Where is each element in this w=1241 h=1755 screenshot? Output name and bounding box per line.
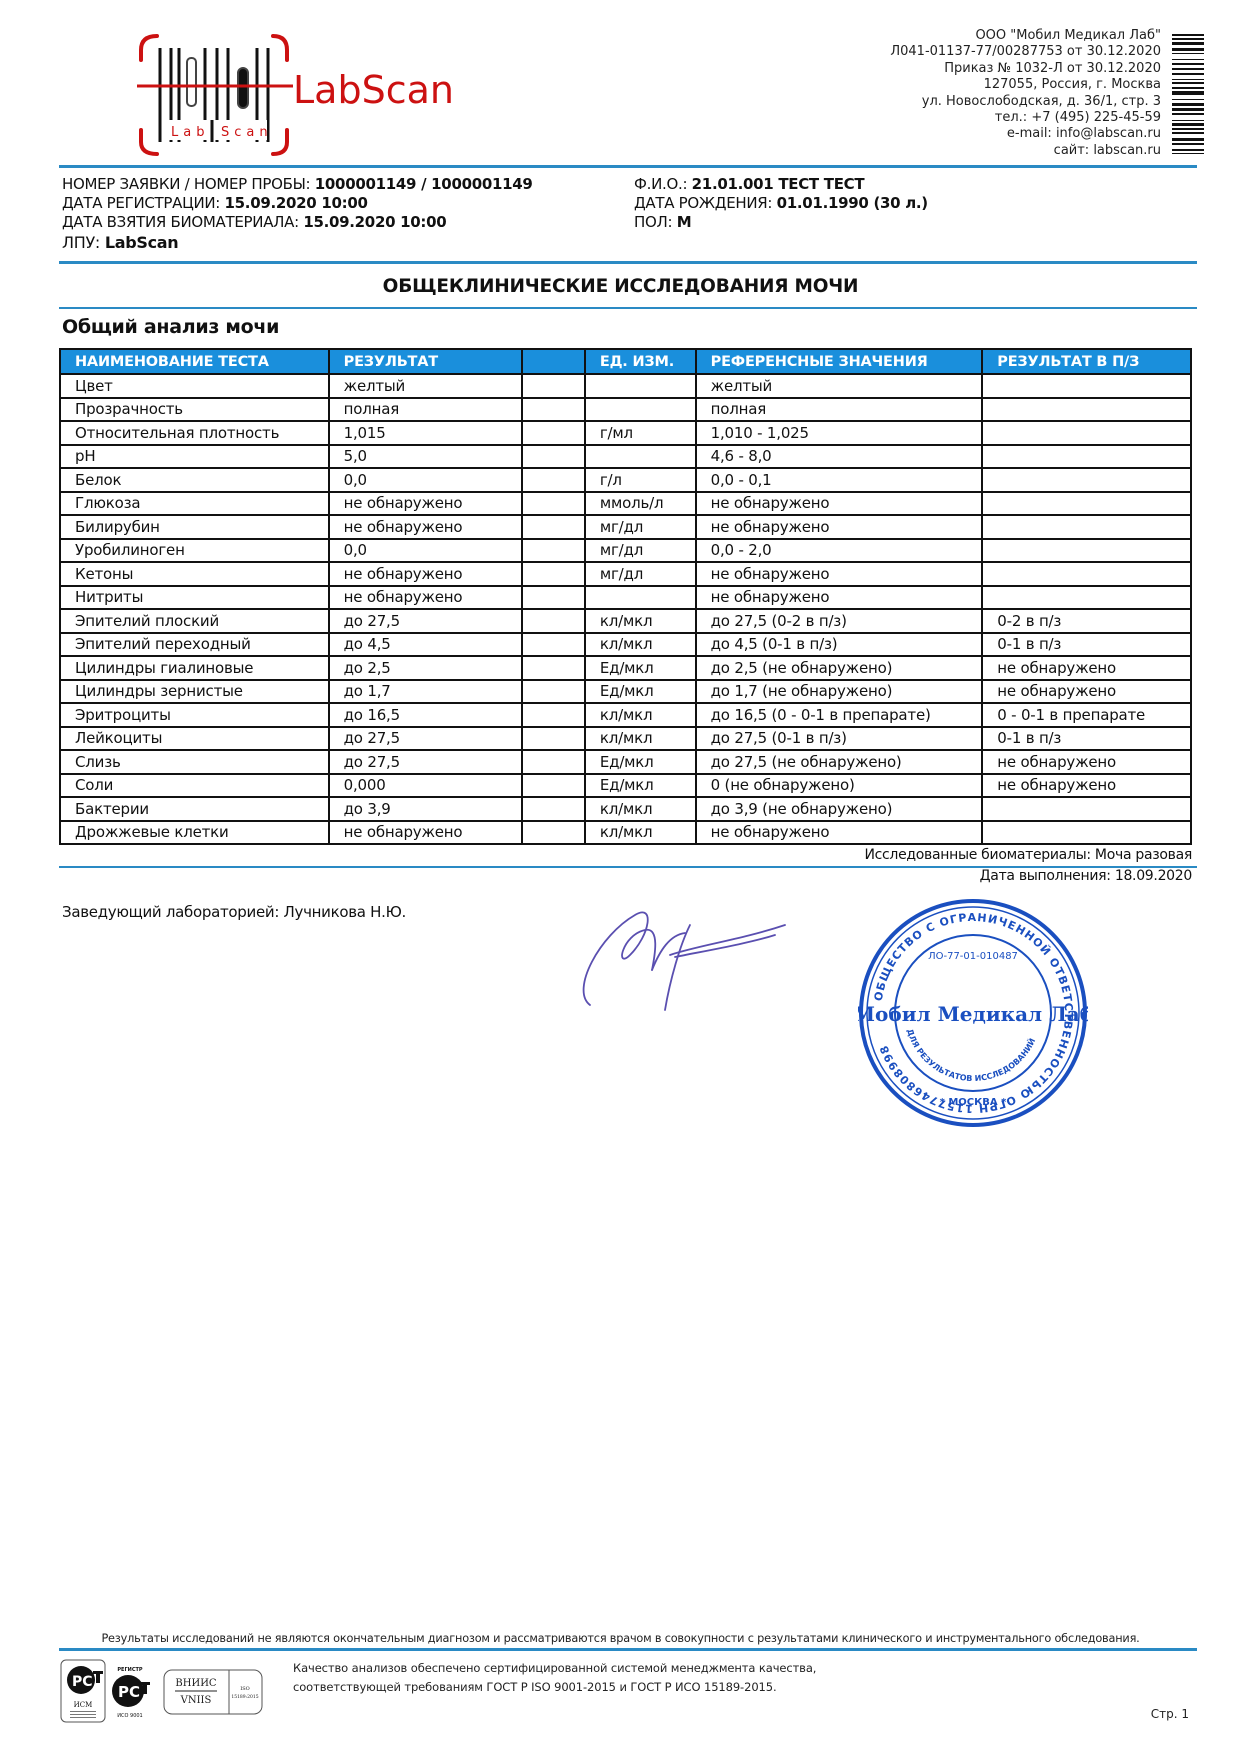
test-unit: кл/мкл (585, 821, 696, 845)
table-row: Нитритыне обнаруженоне обнаружено (60, 586, 1191, 610)
test-name: pH (60, 445, 329, 469)
test-result: полная (329, 398, 523, 422)
result-per-field (982, 398, 1191, 422)
reference-range: до 3,9 (не обнаружено) (696, 797, 983, 821)
reference-range: не обнаружено (696, 492, 983, 516)
result-flag (522, 562, 585, 586)
reference-range: не обнаружено (696, 586, 983, 610)
footer-divider (59, 1648, 1197, 1651)
test-unit (585, 398, 696, 422)
test-result: до 27,5 (329, 727, 523, 751)
result-per-field: не обнаружено (982, 680, 1191, 704)
signature-icon (560, 895, 790, 1015)
table-row: Бактериидо 3,9кл/мклдо 3,9 (не обнаружен… (60, 797, 1191, 821)
table-row: Белок0,0г/л0,0 - 0,1 (60, 468, 1191, 492)
test-name: Нитриты (60, 586, 329, 610)
test-name: Эпителий переходный (60, 633, 329, 657)
reference-range: желтый (696, 374, 983, 398)
reference-range: до 2,5 (не обнаружено) (696, 656, 983, 680)
test-name: Бактерии (60, 797, 329, 821)
company-info: ООО "Мобил Медикал Лаб" Л041-01137-77/00… (890, 28, 1161, 159)
result-flag (522, 492, 585, 516)
test-result: не обнаружено (329, 492, 523, 516)
svg-text:«Мобил Медикал Лаб»: «Мобил Медикал Лаб» (858, 1002, 1088, 1026)
rst-ism-cert-icon: PC ИСМ (60, 1659, 106, 1723)
test-unit: кл/мкл (585, 633, 696, 657)
result-flag (522, 374, 585, 398)
title-divider-top (59, 261, 1197, 264)
svg-text:VNIIS: VNIIS (180, 1695, 212, 1706)
result-flag (522, 515, 585, 539)
company-license: Л041-01137-77/00287753 от 30.12.2020 (890, 44, 1161, 60)
page-number: Стр. 1 (1151, 1707, 1189, 1721)
reference-range: не обнаружено (696, 515, 983, 539)
biomaterial-note: Исследованные биоматериалы: Моча разовая (864, 847, 1192, 863)
column-header: РЕЗУЛЬТАТ В П/З (982, 349, 1191, 374)
test-result: 1,015 (329, 421, 523, 445)
test-name: Цилиндры зернистые (60, 680, 329, 704)
test-result: не обнаружено (329, 821, 523, 845)
result-flag (522, 609, 585, 633)
test-name: Относительная плотность (60, 421, 329, 445)
test-unit: ммоль/л (585, 492, 696, 516)
result-per-field: не обнаружено (982, 750, 1191, 774)
company-phone: тел.: +7 (495) 225-45-59 (890, 110, 1161, 126)
result-per-field (982, 492, 1191, 516)
svg-text:ИСО 9001: ИСО 9001 (117, 1713, 142, 1719)
reference-range: 1,010 - 1,025 (696, 421, 983, 445)
result-per-field (982, 797, 1191, 821)
result-per-field: 0-2 в п/з (982, 609, 1191, 633)
svg-text:15189:2015: 15189:2015 (231, 1694, 258, 1700)
result-flag (522, 774, 585, 798)
svg-text:ISO: ISO (240, 1686, 250, 1692)
result-per-field (982, 515, 1191, 539)
test-result: до 16,5 (329, 703, 523, 727)
header-divider (59, 165, 1197, 168)
result-flag (522, 750, 585, 774)
barcode-tube-icon: Lab Scan (135, 30, 295, 160)
reference-range: 0 (не обнаружено) (696, 774, 983, 798)
table-row: Цилиндры зернистыедо 1,7Ед/мклдо 1,7 (не… (60, 680, 1191, 704)
completion-date: Дата выполнения: 18.09.2020 (980, 868, 1192, 884)
test-name: Белок (60, 468, 329, 492)
table-row: pH5,04,6 - 8,0 (60, 445, 1191, 469)
result-flag (522, 468, 585, 492)
birth-date: ДАТА РОЖДЕНИЯ: 01.01.1990 (30 л.) (634, 194, 928, 213)
column-header: НАИМЕНОВАНИЕ ТЕСТА (60, 349, 329, 374)
test-unit: г/л (585, 468, 696, 492)
test-result: до 4,5 (329, 633, 523, 657)
reference-range: до 27,5 (0-1 в п/з) (696, 727, 983, 751)
result-per-field (982, 821, 1191, 845)
reference-range: 0,0 - 0,1 (696, 468, 983, 492)
labscan-logo: Lab Scan LabScan (135, 30, 515, 160)
table-header-row: НАИМЕНОВАНИЕ ТЕСТАРЕЗУЛЬТАТЕД. ИЗМ.РЕФЕР… (60, 349, 1191, 374)
result-per-field (982, 586, 1191, 610)
result-per-field (982, 539, 1191, 563)
result-flag (522, 633, 585, 657)
test-unit: мг/дл (585, 562, 696, 586)
result-flag (522, 445, 585, 469)
reference-range: до 1,7 (не обнаружено) (696, 680, 983, 704)
table-row: Билирубинне обнаруженомг/длне обнаружено (60, 515, 1191, 539)
test-name: Кетоны (60, 562, 329, 586)
barcode-icon (1172, 32, 1204, 162)
result-per-field: не обнаружено (982, 656, 1191, 680)
result-per-field (982, 445, 1191, 469)
test-unit (585, 374, 696, 398)
reference-range: не обнаружено (696, 562, 983, 586)
table-row: Кетоныне обнаруженомг/длне обнаружено (60, 562, 1191, 586)
title-divider-bottom (59, 307, 1197, 309)
reference-range: не обнаружено (696, 821, 983, 845)
test-unit: Ед/мкл (585, 750, 696, 774)
result-flag (522, 586, 585, 610)
test-result: до 1,7 (329, 680, 523, 704)
registration-date: ДАТА РЕГИСТРАЦИИ: 15.09.2020 10:00 (62, 194, 368, 213)
test-name: Слизь (60, 750, 329, 774)
result-flag (522, 797, 585, 821)
reference-range: до 27,5 (не обнаружено) (696, 750, 983, 774)
table-row: Слизьдо 27,5Ед/мклдо 27,5 (не обнаружено… (60, 750, 1191, 774)
test-unit: кл/мкл (585, 727, 696, 751)
test-result: 0,0 (329, 539, 523, 563)
table-row: Прозрачностьполнаяполная (60, 398, 1191, 422)
table-row: Цветжелтыйжелтый (60, 374, 1191, 398)
test-result: не обнаружено (329, 586, 523, 610)
test-result: до 3,9 (329, 797, 523, 821)
reference-range: до 4,5 (0-1 в п/з) (696, 633, 983, 657)
column-header: ЕД. ИЗМ. (585, 349, 696, 374)
result-flag (522, 656, 585, 680)
vniis-cert-icon: ВНИИС VNIIS ISO 15189:2015 (163, 1669, 263, 1715)
company-street: ул. Новослободская, д. 36/1, стр. 3 (890, 94, 1161, 110)
test-unit (585, 445, 696, 469)
reference-range: полная (696, 398, 983, 422)
section-title: Общий анализ мочи (62, 316, 279, 338)
test-unit: мг/дл (585, 539, 696, 563)
sex: ПОЛ: М (634, 213, 691, 232)
test-result: желтый (329, 374, 523, 398)
table-row: Эритроцитыдо 16,5кл/мклдо 16,5 (0 - 0-1 … (60, 703, 1191, 727)
result-flag (522, 821, 585, 845)
test-unit: г/мл (585, 421, 696, 445)
rst-register-cert-icon: РЕГИСТР PC ИСО 9001 (108, 1664, 152, 1720)
test-name: Цилиндры гиалиновые (60, 656, 329, 680)
test-unit: Ед/мкл (585, 774, 696, 798)
test-result: 5,0 (329, 445, 523, 469)
svg-text:Scan: Scan (221, 125, 273, 140)
test-result: 0,0 (329, 468, 523, 492)
order-number: НОМЕР ЗАЯВКИ / НОМЕР ПРОБЫ: 1000001149 /… (62, 175, 533, 194)
table-row: Глюкозане обнаруженоммоль/лне обнаружено (60, 492, 1191, 516)
stamp-icon: ОБЩЕСТВО С ОГРАНИЧЕННОЙ ОТВЕТСТВЕННОСТЬЮ… (858, 897, 1088, 1129)
svg-text:ВНИИС: ВНИИС (175, 1678, 217, 1689)
disclaimer: Результаты исследований не являются окон… (0, 1632, 1241, 1645)
report-title: ОБЩЕКЛИНИЧЕСКИЕ ИССЛЕДОВАНИЯ МОЧИ (0, 276, 1241, 297)
test-unit (585, 586, 696, 610)
table-row: Уробилиноген0,0мг/дл0,0 - 2,0 (60, 539, 1191, 563)
test-name: Билирубин (60, 515, 329, 539)
svg-text:ЛО-77-01-010487: ЛО-77-01-010487 (928, 951, 1018, 962)
test-name: Прозрачность (60, 398, 329, 422)
test-unit: кл/мкл (585, 797, 696, 821)
result-per-field (982, 421, 1191, 445)
test-unit: Ед/мкл (585, 656, 696, 680)
result-per-field (982, 562, 1191, 586)
table-row: Эпителий переходныйдо 4,5кл/мклдо 4,5 (0… (60, 633, 1191, 657)
test-name: Соли (60, 774, 329, 798)
company-order: Приказ № 1032-Л от 30.12.2020 (890, 61, 1161, 77)
quality-statement: Качество анализов обеспечено сертифициро… (293, 1659, 816, 1697)
column-header: РЕЗУЛЬТАТ (329, 349, 523, 374)
result-flag (522, 421, 585, 445)
result-per-field: 0 - 0-1 в препарате (982, 703, 1191, 727)
logo-wordmark: LabScan (293, 68, 454, 112)
test-name: Лейкоциты (60, 727, 329, 751)
sample-date: ДАТА ВЗЯТИЯ БИОМАТЕРИАЛА: 15.09.2020 10:… (62, 213, 446, 232)
test-name: Уробилиноген (60, 539, 329, 563)
test-result: до 27,5 (329, 609, 523, 633)
head-of-lab: Заведующий лабораторией: Лучникова Н.Ю. (62, 903, 406, 921)
test-result: не обнаружено (329, 562, 523, 586)
company-site: сайт: labscan.ru (890, 143, 1161, 159)
test-name: Цвет (60, 374, 329, 398)
result-per-field (982, 374, 1191, 398)
lpu: ЛПУ: LabScan (62, 233, 178, 252)
table-row: Относительная плотность1,015г/мл1,010 - … (60, 421, 1191, 445)
test-result: до 27,5 (329, 750, 523, 774)
result-per-field: 0-1 в п/з (982, 633, 1191, 657)
company-name: ООО "Мобил Медикал Лаб" (890, 28, 1161, 44)
result-per-field: 0-1 в п/з (982, 727, 1191, 751)
table-row: Лейкоцитыдо 27,5кл/мклдо 27,5 (0-1 в п/з… (60, 727, 1191, 751)
result-flag (522, 680, 585, 704)
result-flag (522, 727, 585, 751)
reference-range: 0,0 - 2,0 (696, 539, 983, 563)
company-city: 127055, Россия, г. Москва (890, 77, 1161, 93)
test-unit: кл/мкл (585, 609, 696, 633)
svg-text:* МОСКВА *: * МОСКВА * (940, 1097, 1008, 1108)
svg-text:ИСМ: ИСМ (74, 1701, 93, 1709)
result-per-field (982, 468, 1191, 492)
result-per-field: не обнаружено (982, 774, 1191, 798)
table-row: Цилиндры гиалиновыедо 2,5Ед/мклдо 2,5 (н… (60, 656, 1191, 680)
test-unit: кл/мкл (585, 703, 696, 727)
test-name: Дрожжевые клетки (60, 821, 329, 845)
table-row: Соли0,000Ед/мкл0 (не обнаружено)не обнар… (60, 774, 1191, 798)
test-name: Эритроциты (60, 703, 329, 727)
test-unit: Ед/мкл (585, 680, 696, 704)
company-email: e-mail: info@labscan.ru (890, 126, 1161, 142)
result-flag (522, 398, 585, 422)
svg-text:PC: PC (118, 1683, 140, 1701)
table-row: Эпителий плоскийдо 27,5кл/мклдо 27,5 (0-… (60, 609, 1191, 633)
test-name: Глюкоза (60, 492, 329, 516)
test-result: 0,000 (329, 774, 523, 798)
column-header: РЕФЕРЕНСНЫЕ ЗНАЧЕНИЯ (696, 349, 983, 374)
test-name: Эпителий плоский (60, 609, 329, 633)
test-result: не обнаружено (329, 515, 523, 539)
svg-text:Lab: Lab (171, 125, 209, 140)
column-header (522, 349, 585, 374)
reference-range: до 27,5 (0-2 в п/з) (696, 609, 983, 633)
reference-range: до 16,5 (0 - 0-1 в препарате) (696, 703, 983, 727)
results-table: НАИМЕНОВАНИЕ ТЕСТАРЕЗУЛЬТАТЕД. ИЗМ.РЕФЕР… (59, 348, 1192, 845)
test-unit: мг/дл (585, 515, 696, 539)
test-result: до 2,5 (329, 656, 523, 680)
table-row: Дрожжевые клеткине обнаруженокл/мклне об… (60, 821, 1191, 845)
reference-range: 4,6 - 8,0 (696, 445, 983, 469)
svg-text:PC: PC (72, 1674, 93, 1690)
result-flag (522, 703, 585, 727)
svg-text:РЕГИСТР: РЕГИСТР (117, 1667, 143, 1673)
patient-name: Ф.И.О.: 21.01.001 ТЕСТ ТЕСТ (634, 175, 864, 194)
result-flag (522, 539, 585, 563)
